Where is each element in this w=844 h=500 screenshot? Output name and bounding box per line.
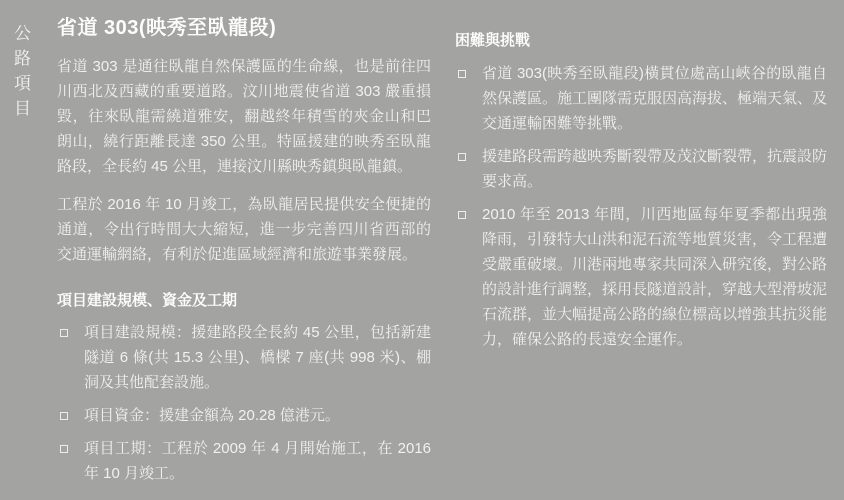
subheading-project-scale: 項目建設規模、資金及工期 (57, 288, 431, 313)
list-item-text: 項目建設規模：援建路段全長約 45 公里，包括新建隧道 6 條(共 15.3 公… (84, 324, 431, 391)
bullet-square-icon (458, 70, 466, 78)
left-column: 省道 303(映秀至臥龍段) 省道 303 是通往臥龍自然保護區的生命線，也是前… (57, 0, 431, 486)
bullet-square-icon (458, 153, 466, 161)
section-vertical-label: 公路項目 (8, 24, 33, 124)
subheading-difficulties: 困難與挑戰 (455, 28, 827, 54)
completion-paragraph: 工程於 2016 年 10 月竣工，為臥龍居民提供安全便捷的通道，令出行時間大大… (57, 192, 431, 267)
list-item-text: 省道 303(映秀至臥龍段)橫貫位處高山峽谷的臥龍自然保護區。施工團隊需克服因高… (482, 65, 827, 132)
list-item-text: 2010 年至 2013 年間，川西地區每年夏季都出現強降雨，引發特大山洪和泥石… (482, 206, 827, 348)
page-title: 省道 303(映秀至臥龍段) (57, 15, 431, 41)
list-item: 項目工期：工程於 2009 年 4 月開始施工，在 2016 年 10 月竣工。 (57, 436, 431, 486)
bullet-square-icon (60, 445, 68, 453)
right-column: 困難與挑戰 省道 303(映秀至臥龍段)橫貫位處高山峽谷的臥龍自然保護區。施工團… (455, 0, 827, 352)
list-item: 項目資金：援建金額為 20.28 億港元。 (57, 403, 431, 428)
intro-paragraph: 省道 303 是通往臥龍自然保護區的生命線，也是前往四川西北及西藏的重要道路。汶… (57, 54, 431, 179)
challenges-list: 省道 303(映秀至臥龍段)橫貫位處高山峽谷的臥龍自然保護區。施工團隊需克服因高… (455, 61, 827, 352)
bullet-square-icon (60, 412, 68, 420)
list-item: 項目建設規模：援建路段全長約 45 公里，包括新建隧道 6 條(共 15.3 公… (57, 320, 431, 395)
list-item-text: 項目資金：援建金額為 20.28 億港元。 (84, 407, 340, 424)
list-item: 省道 303(映秀至臥龍段)橫貫位處高山峽谷的臥龍自然保護區。施工團隊需克服因高… (455, 61, 827, 136)
list-item: 2010 年至 2013 年間，川西地區每年夏季都出現強降雨，引發特大山洪和泥石… (455, 202, 827, 352)
project-details-list: 項目建設規模：援建路段全長約 45 公里，包括新建隧道 6 條(共 15.3 公… (57, 320, 431, 486)
list-item-text: 項目工期：工程於 2009 年 4 月開始施工，在 2016 年 10 月竣工。 (84, 440, 431, 482)
bullet-square-icon (60, 329, 68, 337)
bullet-square-icon (458, 211, 466, 219)
list-item-text: 援建路段需跨越映秀斷裂帶及茂汶斷裂帶，抗震設防要求高。 (482, 148, 827, 190)
list-item: 援建路段需跨越映秀斷裂帶及茂汶斷裂帶，抗震設防要求高。 (455, 144, 827, 194)
